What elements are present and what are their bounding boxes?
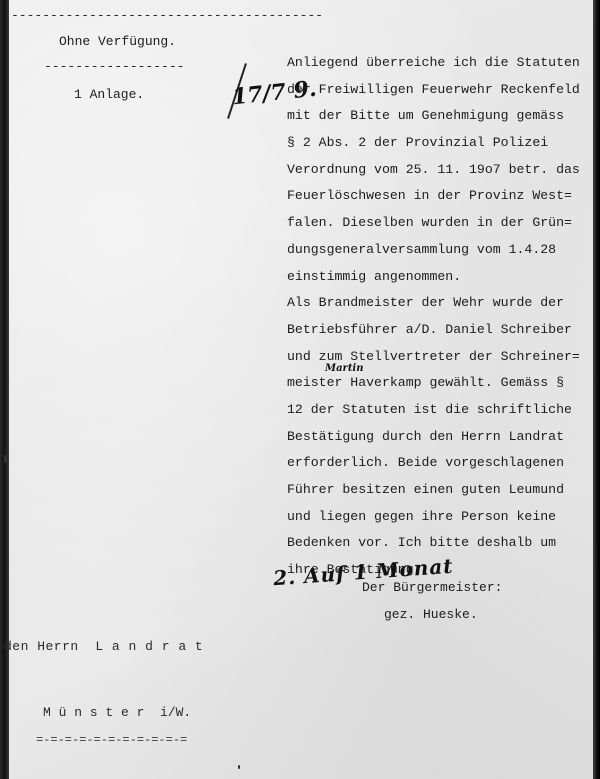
signature-name: gez. Hueske. bbox=[384, 607, 478, 622]
attachment-note: 1 Anlage. bbox=[74, 87, 144, 102]
address-rule: =-=-=-=-=-=-=-=-=-=-= bbox=[36, 733, 187, 747]
body-line: Bestätigung durch den Herrn Landrat bbox=[287, 424, 580, 451]
body-line: der Freiwilligen Feuerwehr Reckenfeld bbox=[287, 77, 580, 104]
binding-edge bbox=[0, 0, 9, 779]
address-recipient: den Herrn L a n d r a t bbox=[4, 639, 203, 654]
body-line: Feuerlöschwesen in der Provinz West= bbox=[287, 183, 580, 210]
body-line: Bedenken vor. Ich bitte deshalb um bbox=[287, 530, 580, 557]
left-divider: ------------------ bbox=[44, 59, 184, 74]
scanned-letter-page: ----------------------------------------… bbox=[0, 0, 600, 779]
body-line: Betriebsführer a/D. Daniel Schreiber bbox=[287, 317, 580, 344]
body-line: falen. Dieselben wurden in der Grün= bbox=[287, 210, 580, 237]
letter-body: Anliegend überreiche ich die Statutender… bbox=[287, 50, 580, 584]
body-line: Verordnung vom 25. 11. 19o7 betr. das bbox=[287, 157, 580, 184]
scan-speck bbox=[238, 765, 240, 769]
signature-title: Der Bürgermeister: bbox=[362, 580, 502, 595]
body-line: Anliegend überreiche ich die Statuten bbox=[287, 50, 580, 77]
page-edge-shadow bbox=[593, 0, 600, 779]
body-line: § 2 Abs. 2 der Provinzial Polizei bbox=[287, 130, 580, 157]
body-line: einstimmig angenommen. bbox=[287, 264, 580, 291]
body-line: Führer besitzen einen guten Leumund bbox=[287, 477, 580, 504]
body-line: Als Brandmeister der Wehr wurde der bbox=[287, 290, 580, 317]
ohne-verfuegung-note: Ohne Verfügung. bbox=[59, 34, 176, 49]
address-city: M ü n s t e r i/W. bbox=[43, 705, 191, 720]
handwritten-insertion: Martin bbox=[325, 363, 364, 374]
body-line: erforderlich. Beide vorgeschlagenen bbox=[287, 450, 580, 477]
body-line: mit der Bitte um Genehmigung gemäss bbox=[287, 103, 580, 130]
body-line: und liegen gegen ihre Person keine bbox=[287, 504, 580, 531]
body-line: 12 der Statuten ist die schriftliche bbox=[287, 397, 580, 424]
body-line: meister Haverkamp gewählt. Gemäss § bbox=[287, 370, 580, 397]
scan-speck bbox=[4, 455, 7, 463]
body-line: dungsgeneralversammlung vom 1.4.28 bbox=[287, 237, 580, 264]
top-rule: ---------------------------------------- bbox=[11, 8, 323, 23]
